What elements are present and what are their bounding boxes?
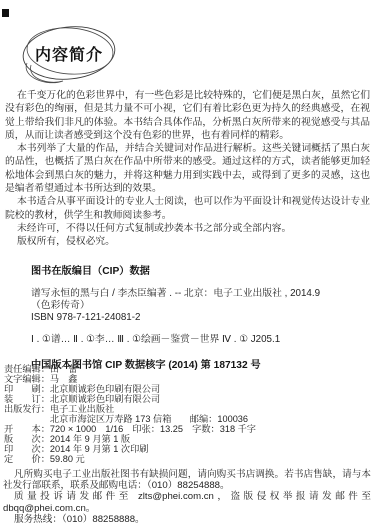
notice-exchange: 凡所购买电子工业出版社图书有缺损问题，请向购买书店调换。若书店售缺，请与本社发行… <box>3 469 371 491</box>
copy-restriction-line: 未经许可，不得以任何方式复制或抄袭本书之部分或全部内容。 <box>5 222 370 235</box>
colophon-line-address: 北京市海淀区万寿路 173 信箱 邮编：100036 <box>4 414 371 424</box>
colophon-line-price: 定 价：59.80 元 <box>4 454 371 464</box>
colophon-line-edition: 版 次：2014 年 9 月第 1 版 <box>4 434 371 444</box>
intro-paragraph: 在千变万化的色彩世界中，有一些色彩是比较特殊的，它们便是黑白灰，虽然它们没有彩色… <box>5 89 370 142</box>
isbn-line: ISBN 978-7-121-24081-2 <box>31 312 370 324</box>
purchase-notice-section: 凡所购买电子工业出版社图书有缺损问题，请向购买书店调换。若书店售缺，请与本社发行… <box>3 469 371 525</box>
copyright-reserved-line: 版权所有，侵权必究。 <box>5 235 370 248</box>
cip-series-line: （色彩传奇） <box>31 300 370 312</box>
colophon-line-printer: 印 刷：北京顺诚彩色印刷有限公司 <box>4 384 371 394</box>
colophon-line-binder: 装 订：北京顺诚彩色印刷有限公司 <box>4 394 371 404</box>
colophon-section: 责任编辑：田 蕾 文字编辑：马 鑫 印 刷：北京顺诚彩色印刷有限公司 装 订：北… <box>4 364 371 464</box>
scan-artifact-mark <box>2 9 9 17</box>
colophon-line-text-editor: 文字编辑：马 鑫 <box>4 374 371 384</box>
colophon-line-format: 开 本：720 × 1000 1/16 印张：13.25 字数：318 千字 <box>4 424 371 434</box>
cip-classification-line: Ⅰ . ①谱… Ⅱ . ①李… Ⅲ . ①绘画－鉴赏－世界 Ⅳ . ① J205… <box>31 334 370 346</box>
notice-email: 质量投诉请发邮件至 zlts@phei.com.cn，盗版侵权举报请发邮件至 d… <box>3 491 371 513</box>
colophon-line-publisher: 出版发行：电子工业出版社 <box>4 404 371 414</box>
notice-hotline: 服务热线：（010）88258888。 <box>3 514 371 525</box>
cip-section: 图书在版编目（CIP）数据 谱写永恒的黑与白 / 李杰臣编著 . -- 北京：电… <box>31 262 370 371</box>
cip-record-line: 谱写永恒的黑与白 / 李杰臣编著 . -- 北京：电子工业出版社 , 2014.… <box>31 288 370 300</box>
section-badge-label: 内容简介 <box>19 21 119 85</box>
cip-record-block: 谱写永恒的黑与白 / 李杰臣编著 . -- 北京：电子工业出版社 , 2014.… <box>31 288 370 325</box>
intro-section: 在千变万化的色彩世界中，有一些色彩是比较特殊的，它们便是黑白灰，虽然它们没有彩色… <box>5 89 370 249</box>
copyright-page: 内容简介 在千变万化的色彩世界中，有一些色彩是比较特殊的，它们便是黑白灰，虽然它… <box>0 0 375 530</box>
intro-paragraph: 本书列举了大量的作品，并结合关键词对作品进行解析。这些关键词概括了黑白灰的品性，… <box>5 142 370 195</box>
content-intro-badge: 内容简介 <box>19 21 119 85</box>
colophon-line-impression: 印 次：2014 年 9 月第 1 次印刷 <box>4 444 371 454</box>
intro-paragraph: 本书适合从事平面设计的专业人士阅读，也可以作为平面设计和视觉传达设计专业院校的教… <box>5 195 370 222</box>
cip-heading: 图书在版编目（CIP）数据 <box>31 262 370 277</box>
colophon-line-editor: 责任编辑：田 蕾 <box>4 364 371 374</box>
